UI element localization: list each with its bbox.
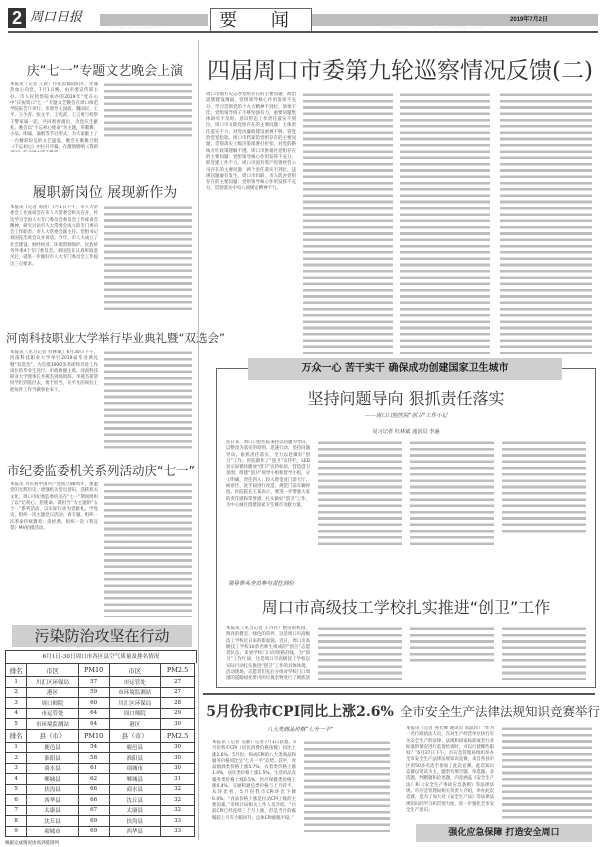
table-row: 2淮阳县58淮阳县30: [6, 753, 195, 764]
article-body-inspection-4: [500, 92, 592, 354]
article-body-hospital-2: [318, 440, 402, 548]
table-row: 6西华县66沈丘县32: [6, 795, 195, 806]
table-row: 7太康县67太康县32: [6, 805, 195, 816]
article-body-hospital-4: [502, 440, 586, 536]
article-body-inspection-1: 周口市地方史志办党组存在的主要问题：政治思想建设薄弱，党组领导核心作用发挥不充分…: [206, 92, 296, 354]
article-body-graduation-1: 本报讯（见习记者 杜林斌）6月30日下午，河南科技职业大学举行2019届毕业典礼…: [10, 350, 98, 450]
article-title-new-post[interactable]: 履职新岗位 展现新作为: [20, 182, 190, 202]
section-title: 要 闻: [210, 8, 312, 33]
phone-line: 电话 8398022: [372, 25, 409, 30]
article-body-hospital-3: [410, 440, 494, 548]
article-title-safety[interactable]: 全市安全生产法律法规知识竞赛举行: [400, 702, 596, 722]
article-body-discipline-1: 本报讯 为庆祝中国共产党成立98周年，重温党的光辉历史，增强机关党员意识，活跃机…: [10, 482, 98, 617]
section-rule: [203, 693, 595, 695]
table-row: 1川汇区环保局57市运管处27: [6, 677, 195, 688]
article-byline-hospital: 见习记者 杜林斌 通讯员 李涵: [220, 428, 592, 436]
editor-line: 责任编辑 蔡天 见面编辑 吴浩: [100, 25, 162, 30]
table-row: 3商水县61项城市30: [6, 763, 195, 774]
contact-bar: 电话 8398022 E-mail:zkrbyw@126.com: [312, 14, 598, 26]
article-kicker-school: 领导带头全员参与责任到位: [228, 580, 294, 589]
article-body-school-3: [410, 626, 494, 664]
article-title-cpi[interactable]: 5月份我市CPI同比上涨2.6%: [205, 702, 395, 722]
article-body-school-1: 本报讯（见习记者 王丹丹）整洁的校园、明亮的教室、绿色的草坪，这是周口市高级技工…: [226, 626, 310, 680]
article-body-celebration-2: [104, 82, 192, 140]
article-title-discipline[interactable]: 市纪委监委机关系列活动庆“七一”: [6, 461, 196, 479]
column-divider: [198, 40, 199, 840]
article-body-school-4: [502, 626, 586, 680]
hygiene-banner: 万众一心 苦干实干 确保成功创建国家卫生城市: [248, 358, 562, 380]
table-header-county: 排名 县（市） PM10 县（市） PM2.5: [6, 729, 195, 742]
page-number: 2: [8, 8, 26, 28]
article-body-inspection-2: [303, 92, 393, 354]
table-row: 5扶沟县66商水县32: [6, 784, 195, 795]
table-row: 9项城市69西华县33: [6, 826, 195, 837]
article-body-cpi-2: [304, 740, 390, 832]
article-title-graduation[interactable]: 河南科技职业大学举行毕业典礼暨“双选会”: [6, 330, 196, 346]
table-row: 1鹿邑县54鹿邑县30: [6, 742, 195, 753]
table-header-district: 排名 市区 PM10 市区 PM2.5: [6, 664, 195, 677]
article-body-discipline-2: [104, 482, 192, 617]
article-body-safety-1: 本报讯（记者 孙光峰 通讯员 高晶玮）“作为一名行政执法人员，在对生产经营单位执…: [406, 726, 494, 820]
table-title: 6月1日-30日周口市各区县空气质量及排名情况: [5, 650, 197, 663]
article-title-school[interactable]: 周口市高级技工学校扎实推进“创卫”工作: [220, 596, 592, 620]
pollution-banner: 污染防治攻坚在行动: [12, 625, 192, 647]
article-body-hospital-1: 连日来，周口口腔医院秉持以问题为导向、以整改为落实的原则，迅速行动，坚持问题导向…: [226, 440, 310, 548]
article-body-school-2: [318, 626, 402, 680]
article-body-safety-2: [502, 726, 592, 820]
article-body-inspection-3: [400, 92, 490, 354]
table-row: 2港区59市环境监测站27: [6, 687, 195, 698]
table-row: 5市环境监测站64港区30: [6, 719, 195, 730]
paper-name: 周口日报: [30, 9, 82, 27]
article-title-hospital[interactable]: 坚持问题导向 狠抓责任落实: [220, 388, 592, 410]
article-body-new-post-1: 本报讯（记者 刘涛）7月1日下午，市人大常委会工作座谈会在市人大常委会机关召开，…: [10, 205, 98, 312]
air-quality-table: 6月1日-30日周口市各区县空气质量及排名情况 排名 市区 PM10 市区 PM…: [5, 650, 197, 847]
email-line: E-mail:zkrbyw@126.com: [424, 25, 484, 30]
article-body-celebration-1: 本报讯（记者 王晨）丹花似锦向阳开，赤诚热血心向党。7月1日晚，由市委宣传部主办…: [10, 82, 98, 152]
article-body-graduation-2: [104, 350, 192, 450]
article-subtitle-hospital: ——周口口腔医院“创卫”工作小记: [220, 412, 592, 421]
issue-date: 2019年7月2日: [510, 14, 548, 26]
safety-banner: 强化应急保障 打造安全周口: [416, 824, 592, 842]
article-subtitle-cpi: 八大类商品价格“七升一平”: [205, 726, 395, 735]
editor-bar: 责任编辑 蔡天 见面编辑 吴浩: [100, 14, 208, 26]
article-title-inspection[interactable]: 四届周口市委第九轮巡察情况反馈(二): [205, 56, 595, 86]
table-note: 根据完成情况由高到低排列: [5, 839, 197, 847]
article-title-celebration[interactable]: 庆“七一”专题文艺晚会上演: [20, 60, 190, 79]
table-row: 8沈丘县69扶沟县33: [6, 816, 195, 827]
table-row: 4郸城县62郸城县31: [6, 774, 195, 785]
article-body-cpi-1: 本报讯（记者 吴静）记者7月1日获悉，5月份我市CPI（居民消费价格指数）同比上…: [212, 740, 296, 840]
table-row: 4市运管处64周口师院29: [6, 708, 195, 719]
header-rule: [8, 31, 598, 33]
article-body-new-post-2: [104, 205, 192, 312]
table-row: 3周口师院60川汇区环保局28: [6, 698, 195, 709]
